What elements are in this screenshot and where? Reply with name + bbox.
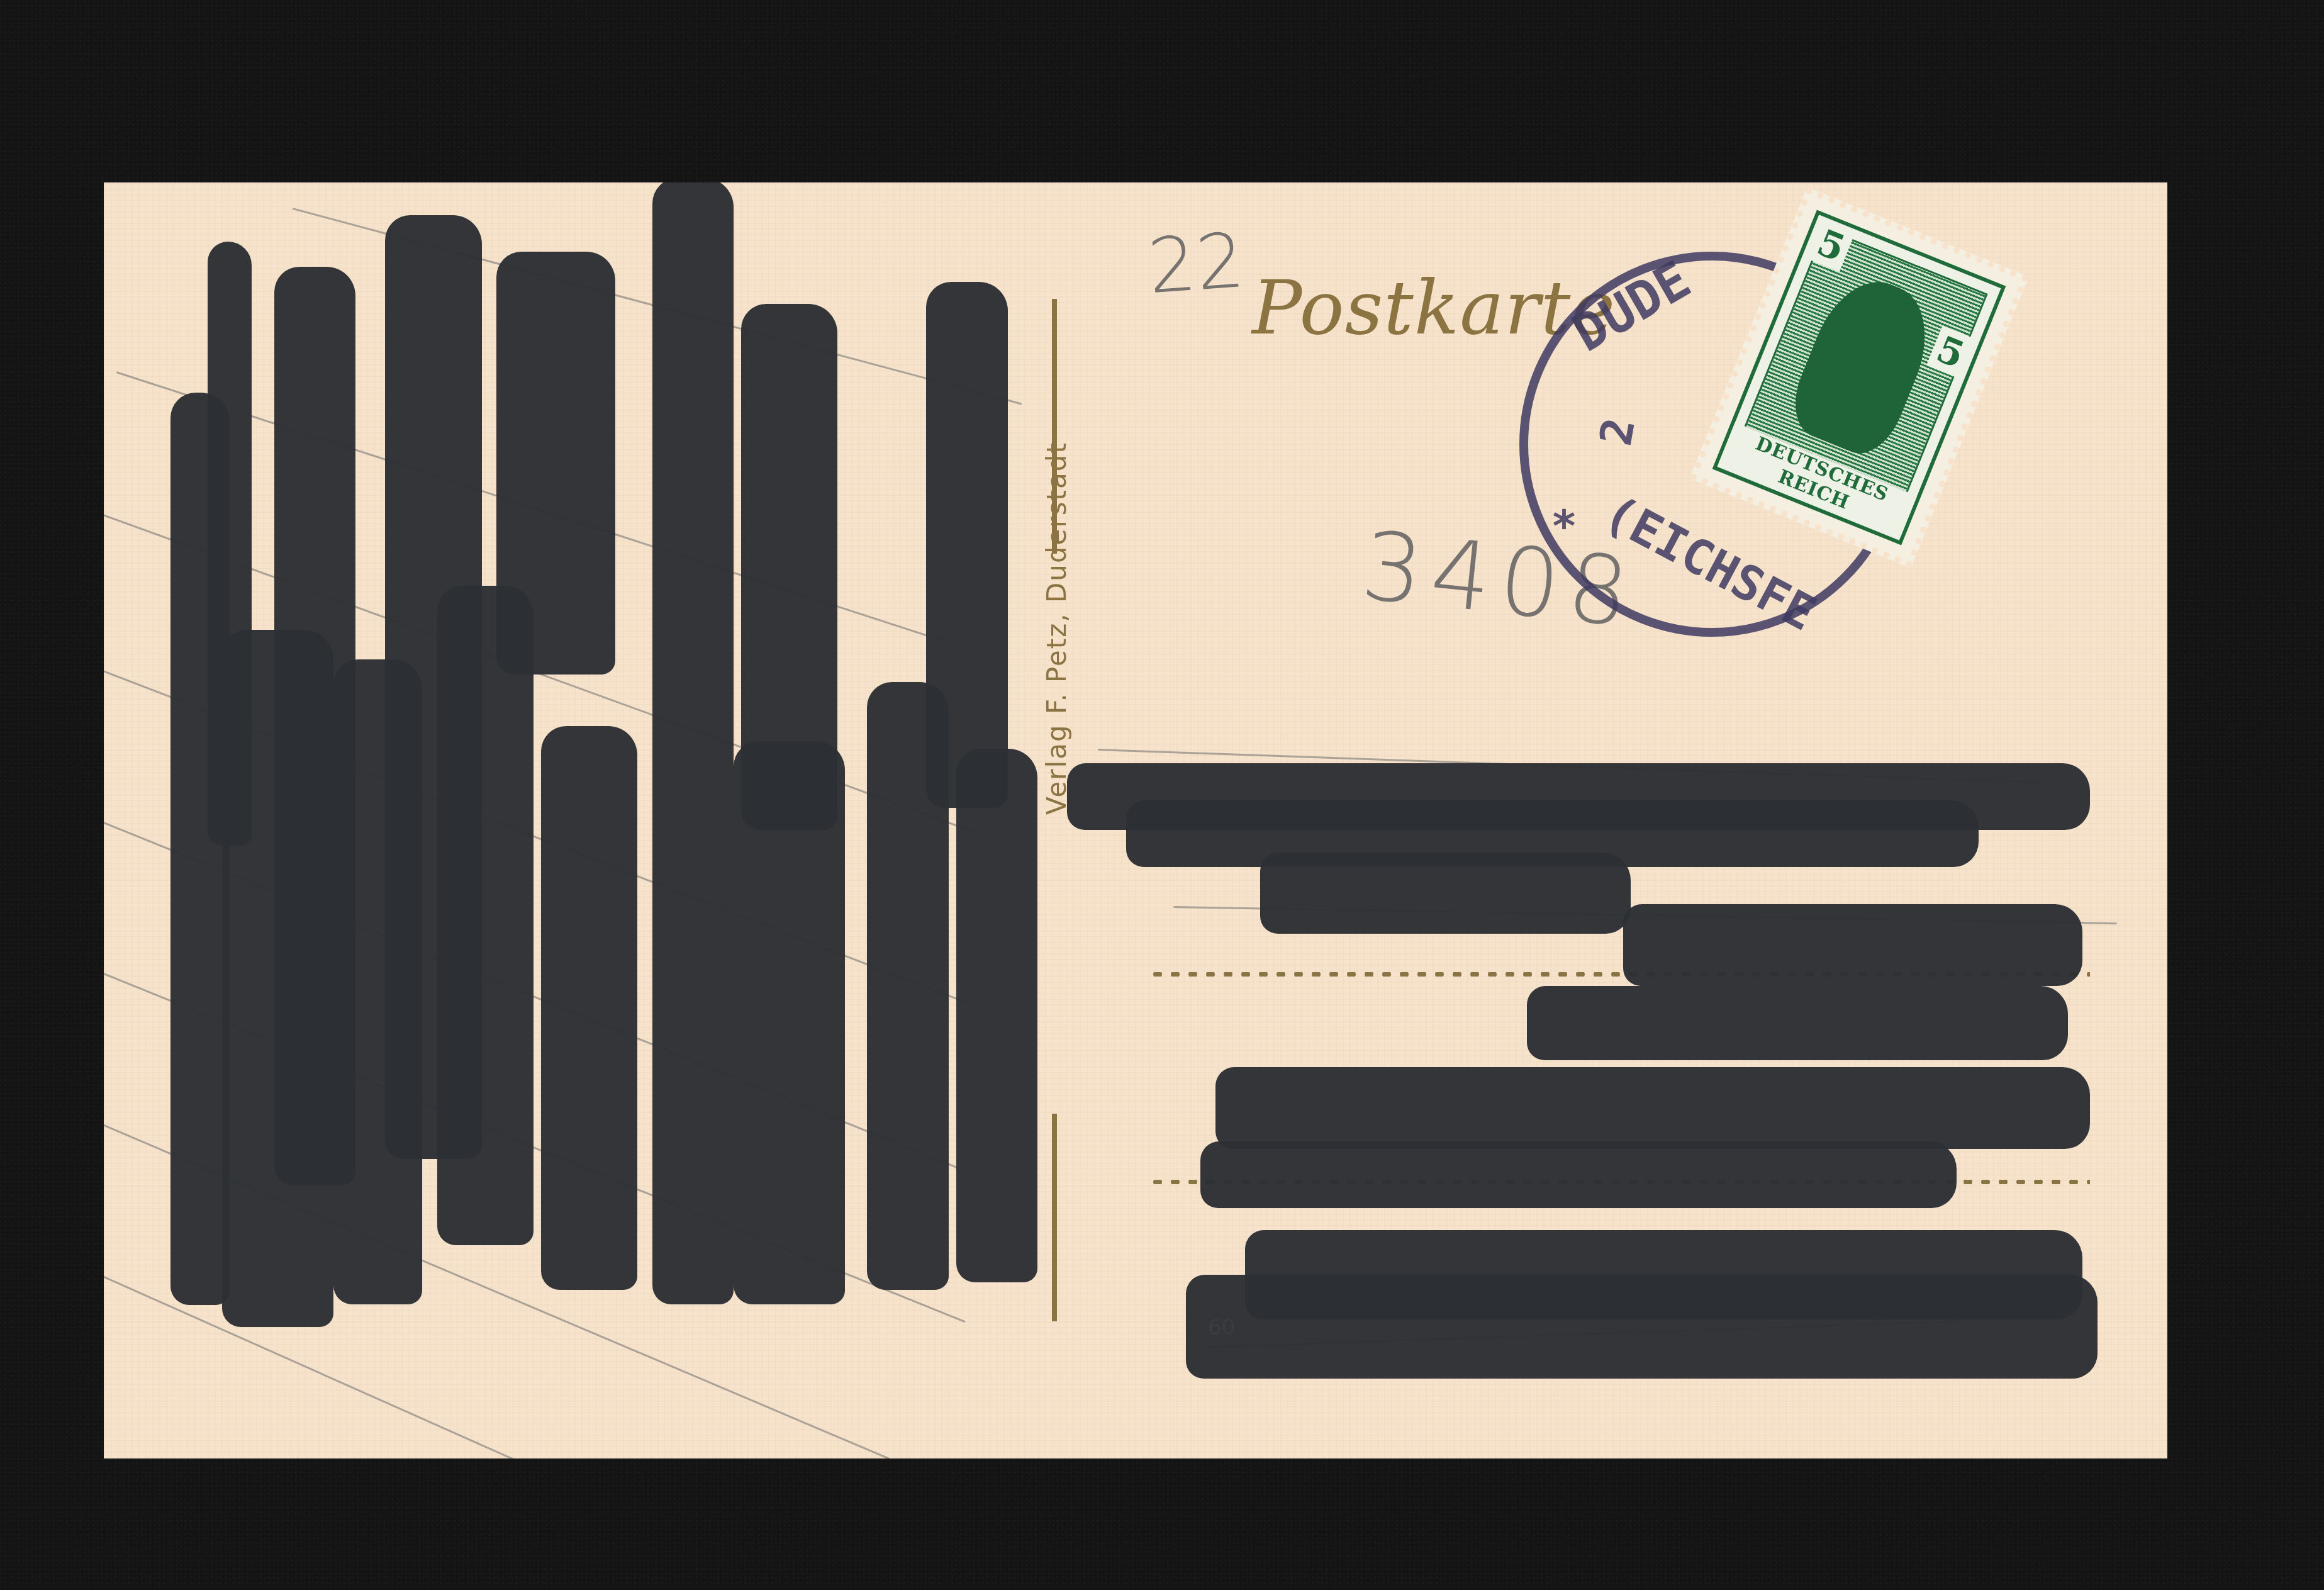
postmark-star: * xyxy=(1551,500,1577,552)
divider-bottom xyxy=(1052,1114,1057,1321)
postcard: Verlag F. Petz, Duderstadt Postkarte 22 … xyxy=(104,182,2167,1458)
publisher-imprint: Verlag F. Petz, Duderstadt xyxy=(1041,442,1072,815)
card-number: 60 xyxy=(1208,1315,1235,1340)
pencil-note-top: 22 xyxy=(1145,217,1247,311)
